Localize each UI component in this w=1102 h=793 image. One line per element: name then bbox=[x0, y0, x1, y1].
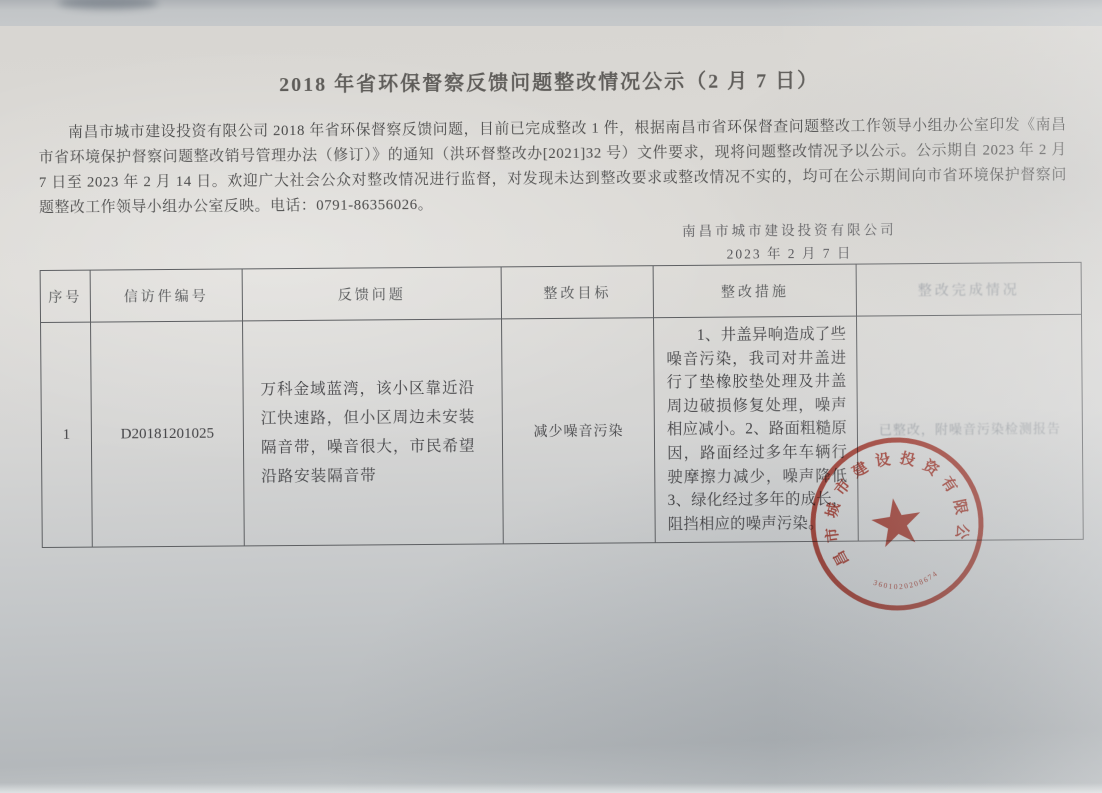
cell-letter-no: D20181201025 bbox=[90, 321, 244, 548]
notice-paragraph: 南昌市城市建设投资有限公司 2018 年省环保督察反馈问题，目前已完成整改 1 … bbox=[38, 113, 1067, 221]
cell-goal: 减少噪音污染 bbox=[502, 318, 656, 545]
cell-feedback-issue: 万科金域蓝湾，该小区靠近沿江快速路，但小区周边未安装隔音带，噪音很大，市民希望沿… bbox=[242, 319, 503, 546]
col-header-letter-no: 信访件编号 bbox=[90, 269, 242, 322]
col-header-goal: 整改目标 bbox=[501, 266, 653, 319]
col-header-feedback: 反馈问题 bbox=[242, 267, 502, 321]
document-photo: 2018 年省环保督察反馈问题整改情况公示（2 月 7 日） 南昌市城市建设投资… bbox=[0, 0, 1102, 793]
signature-company: 南昌市城市建设投资有限公司 bbox=[619, 218, 959, 241]
document-content: 2018 年省环保督察反馈问题整改情况公示（2 月 7 日） 南昌市城市建设投资… bbox=[0, 0, 1102, 793]
col-header-completion: 整改完成情况 bbox=[856, 262, 1081, 316]
col-header-measures: 整改措施 bbox=[653, 264, 856, 318]
table-header-row: 序号 信访件编号 反馈问题 整改目标 整改措施 整改完成情况 bbox=[40, 262, 1081, 322]
signature-block: 南昌市城市建设投资有限公司 2023 年 2 月 7 日 bbox=[619, 218, 959, 264]
svg-text:3601020208674: 3601020208674 bbox=[871, 568, 941, 596]
official-seal: 南昌市城市建设投资有限公司 3601020208674 bbox=[789, 416, 1004, 631]
col-header-seq: 序号 bbox=[40, 270, 90, 322]
seal-number: 3601020208674 bbox=[871, 568, 941, 596]
cell-seq: 1 bbox=[41, 322, 93, 548]
seal-star-icon bbox=[869, 494, 925, 548]
signature-date: 2023 年 2 月 7 日 bbox=[619, 241, 959, 264]
document-title: 2018 年省环保督察反馈问题整改情况公示（2 月 7 日） bbox=[0, 62, 1100, 100]
